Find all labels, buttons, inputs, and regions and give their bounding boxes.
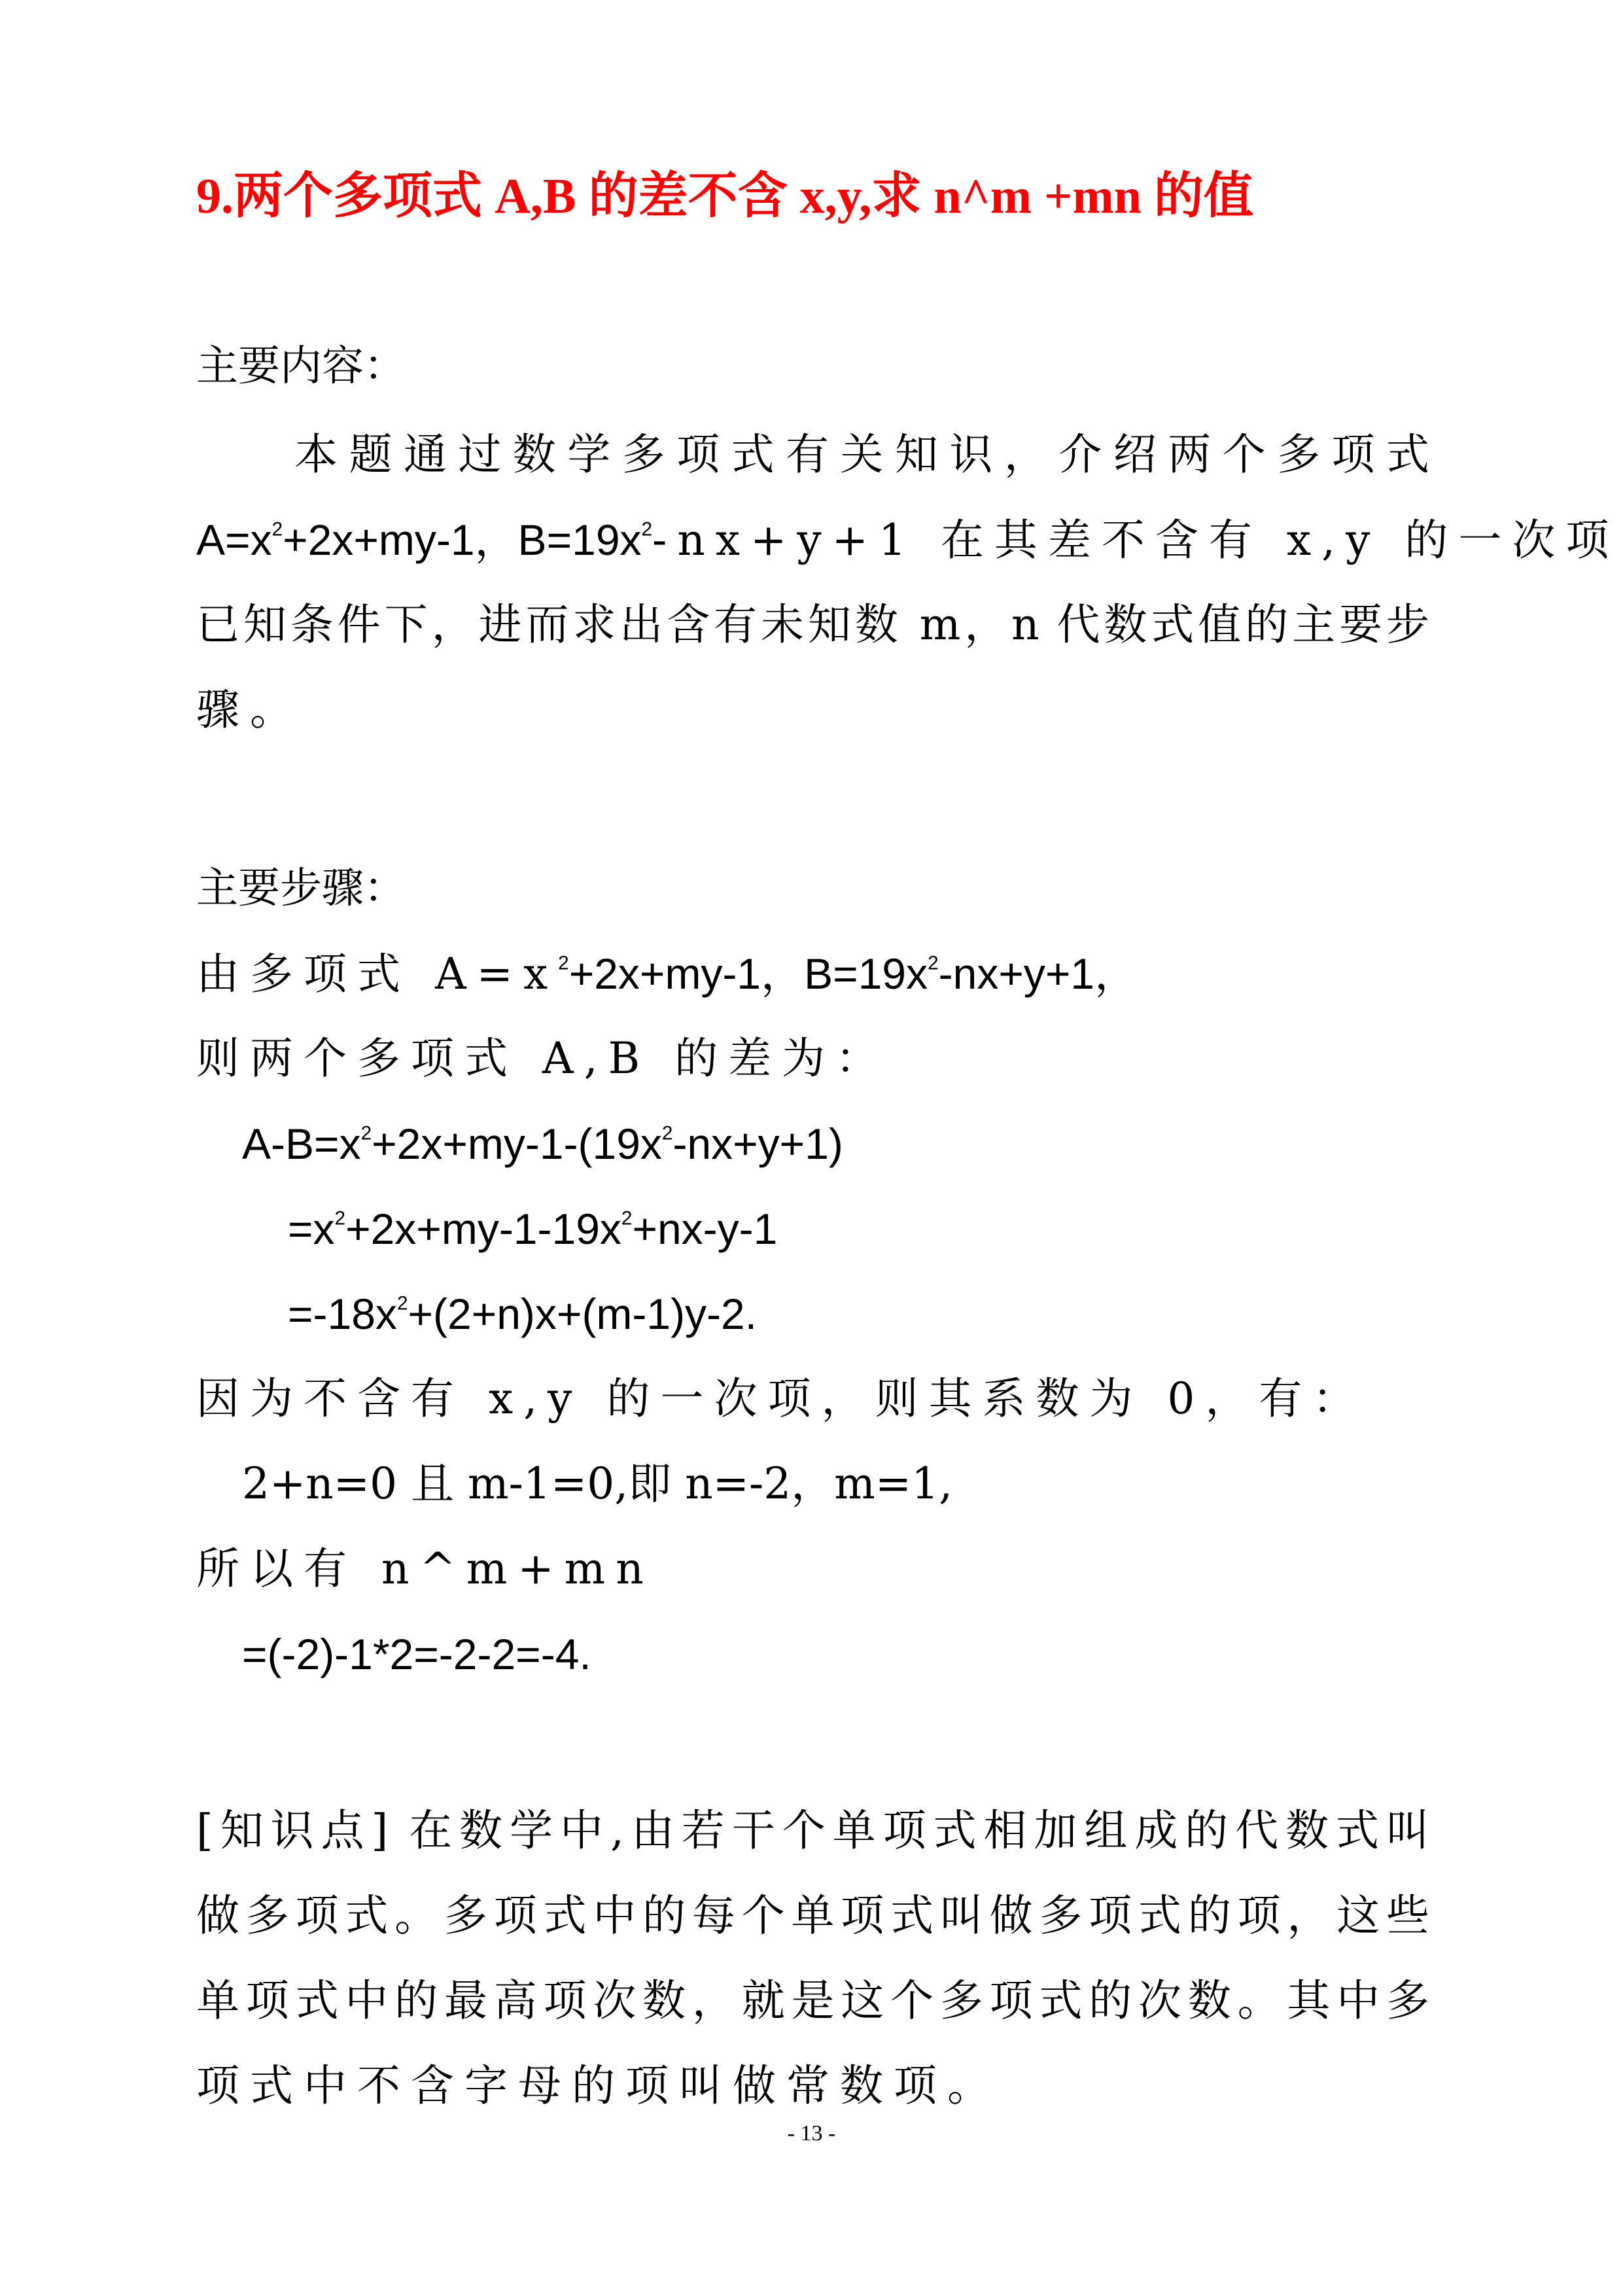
page-title: 9.两个多项式 A,B 的差不含 x,y,求 n^m +mn 的值 (196, 167, 1253, 226)
step-line-3: A-B=x2+2x+my-1-(19x2-nx+y+1) (242, 1118, 843, 1170)
step-line-2: 则两个多项式 A,B 的差为： (196, 1033, 889, 1085)
step-line-5: =-18x2+(2+n)x+(m-1)y-2. (288, 1288, 757, 1340)
summary-line-1: 本题通过数学多项式有关知识，介绍两个多项式 (196, 429, 1429, 481)
step-line-9: =(-2)-1*2=-2-2=-4. (242, 1628, 591, 1680)
step-line-1: 由多项式 A=x2+2x+my-1，B=19x2-nx+y+1， (196, 947, 1138, 1000)
summary-line-2: A=x2+2x+my-1，B=19x2-nx+y+1 在其差不含有 x,y 的一… (196, 514, 1619, 567)
step-line-8: 所以有 n^m+mn (196, 1543, 654, 1595)
step-line-4: =x2+2x+my-1-19x2+nx-y-1 (288, 1203, 777, 1255)
steps-heading: 主要步骤： (196, 862, 406, 915)
document-page: 9.两个多项式 A,B 的差不含 x,y,求 n^m +mn 的值 主要内容： … (0, 0, 1623, 2296)
knowledge-line-2: 做多项式。多项式中的每个单项式叫做多项式的项，这些 (196, 1890, 1429, 1942)
summary-line-3: 已知条件下，进而求出含有未知数 m，n 代数式值的主要步 (196, 599, 1429, 651)
knowledge-line-1: [知识点] 在数学中,由若干个单项式相加组成的代数式叫 (196, 1805, 1429, 1857)
summary-line-4: 骤。 (196, 684, 304, 736)
step-line-7: 2+n=0 且 m-1=0,即 n=-2，m=1, (242, 1458, 952, 1510)
summary-heading: 主要内容： (196, 340, 406, 393)
knowledge-line-3: 单项式中的最高项次数，就是这个多项式的次数。其中多 (196, 1975, 1429, 2027)
knowledge-line-4: 项式中不含字母的项叫做常数项。 (196, 2060, 1001, 2112)
step-line-6: 因为不含有 x,y 的一次项，则其系数为 0，有： (196, 1373, 1366, 1425)
page-number: - 13 - (0, 2117, 1623, 2150)
